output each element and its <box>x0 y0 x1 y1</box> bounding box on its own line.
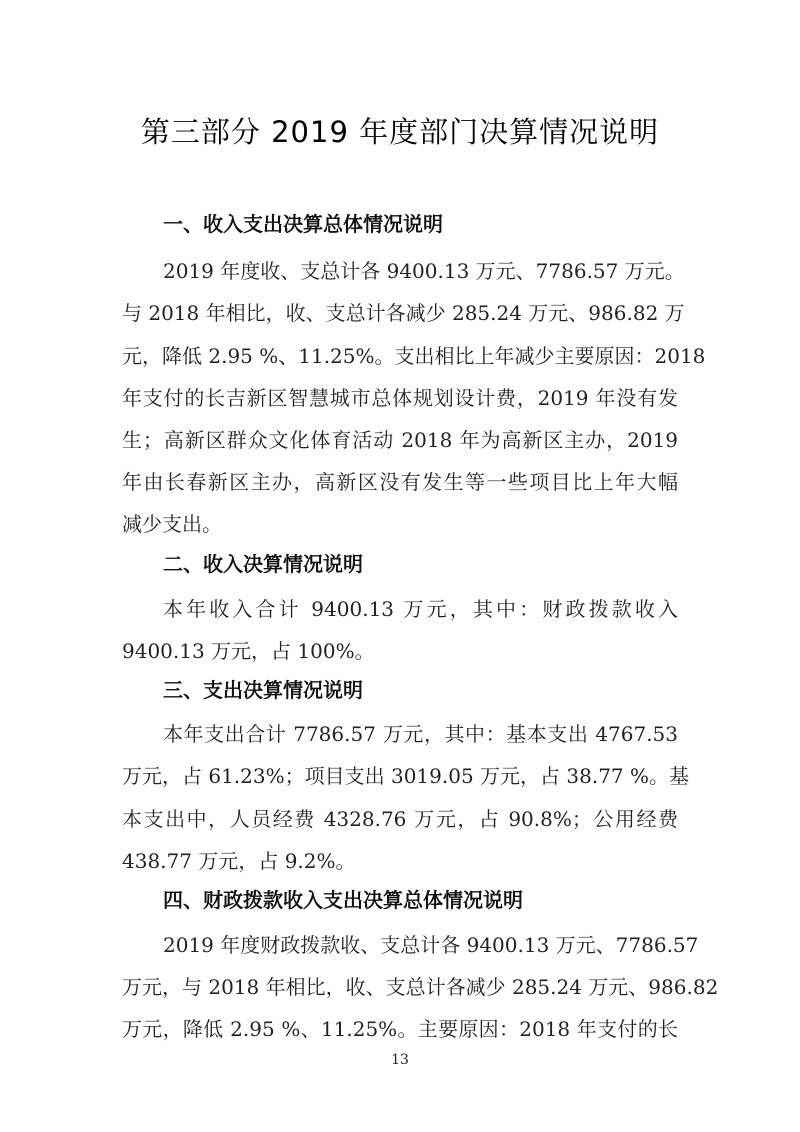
paragraph-line: 万元，降低 2.95 %、11.25%。主要原因：2018 年支付的长 <box>122 1013 678 1042</box>
section-heading-2: 二、收入决算情况说明 <box>163 548 363 577</box>
paragraph-line: 438.77 万元，占 9.2%。 <box>122 845 678 874</box>
paragraph-line: 万元，与 2018 年相比，收、支总计各减少 285.24 万元、986.82 <box>122 971 678 1000</box>
paragraph-line: 9400.13 万元，占 100%。 <box>122 635 678 664</box>
paragraph-line: 元，降低 2.95 %、11.25%。支出相比上年减少主要原因：2018 <box>122 340 678 369</box>
paragraph-line: 生；高新区群众文化体育活动 2018 年为高新区主办，2019 <box>122 424 678 453</box>
paragraph-line: 2019 年度收、支总计各 9400.13 万元、7786.57 万元。 <box>163 255 678 284</box>
paragraph-line: 2019 年度财政拨款收、支总计各 9400.13 万元、7786.57 <box>163 929 678 958</box>
paragraph-line: 本年支出合计 7786.57 万元，其中：基本支出 4767.53 <box>163 718 678 747</box>
section-heading-4: 四、财政拨款收入支出决算总体情况说明 <box>163 884 523 913</box>
paragraph-line: 减少支出。 <box>122 508 678 537</box>
paragraph-line: 年由长春新区主办，高新区没有发生等一些项目比上年大幅 <box>122 466 678 495</box>
section-heading-3: 三、支出决算情况说明 <box>163 674 363 703</box>
page-title: 第三部分 2019 年度部门决算情况说明 <box>0 110 800 151</box>
paragraph-line: 年支付的长吉新区智慧城市总体规划设计费，2019 年没有发 <box>122 382 678 411</box>
section-heading-1: 一、收入支出决算总体情况说明 <box>163 208 443 237</box>
paragraph-line: 与 2018 年相比，收、支总计各减少 285.24 万元、986.82 万 <box>122 297 678 326</box>
page-number: 13 <box>0 1052 800 1068</box>
paragraph-line: 本支出中，人员经费 4328.76 万元，占 90.8%；公用经费 <box>122 803 678 832</box>
paragraph-line: 本年收入合计 9400.13 万元，其中：财政拨款收入 <box>163 593 678 622</box>
document-page: 第三部分 2019 年度部门决算情况说明 一、收入支出决算总体情况说明 2019… <box>0 0 800 1132</box>
paragraph-line: 万元，占 61.23%；项目支出 3019.05 万元，占 38.77 %。基 <box>122 760 678 789</box>
